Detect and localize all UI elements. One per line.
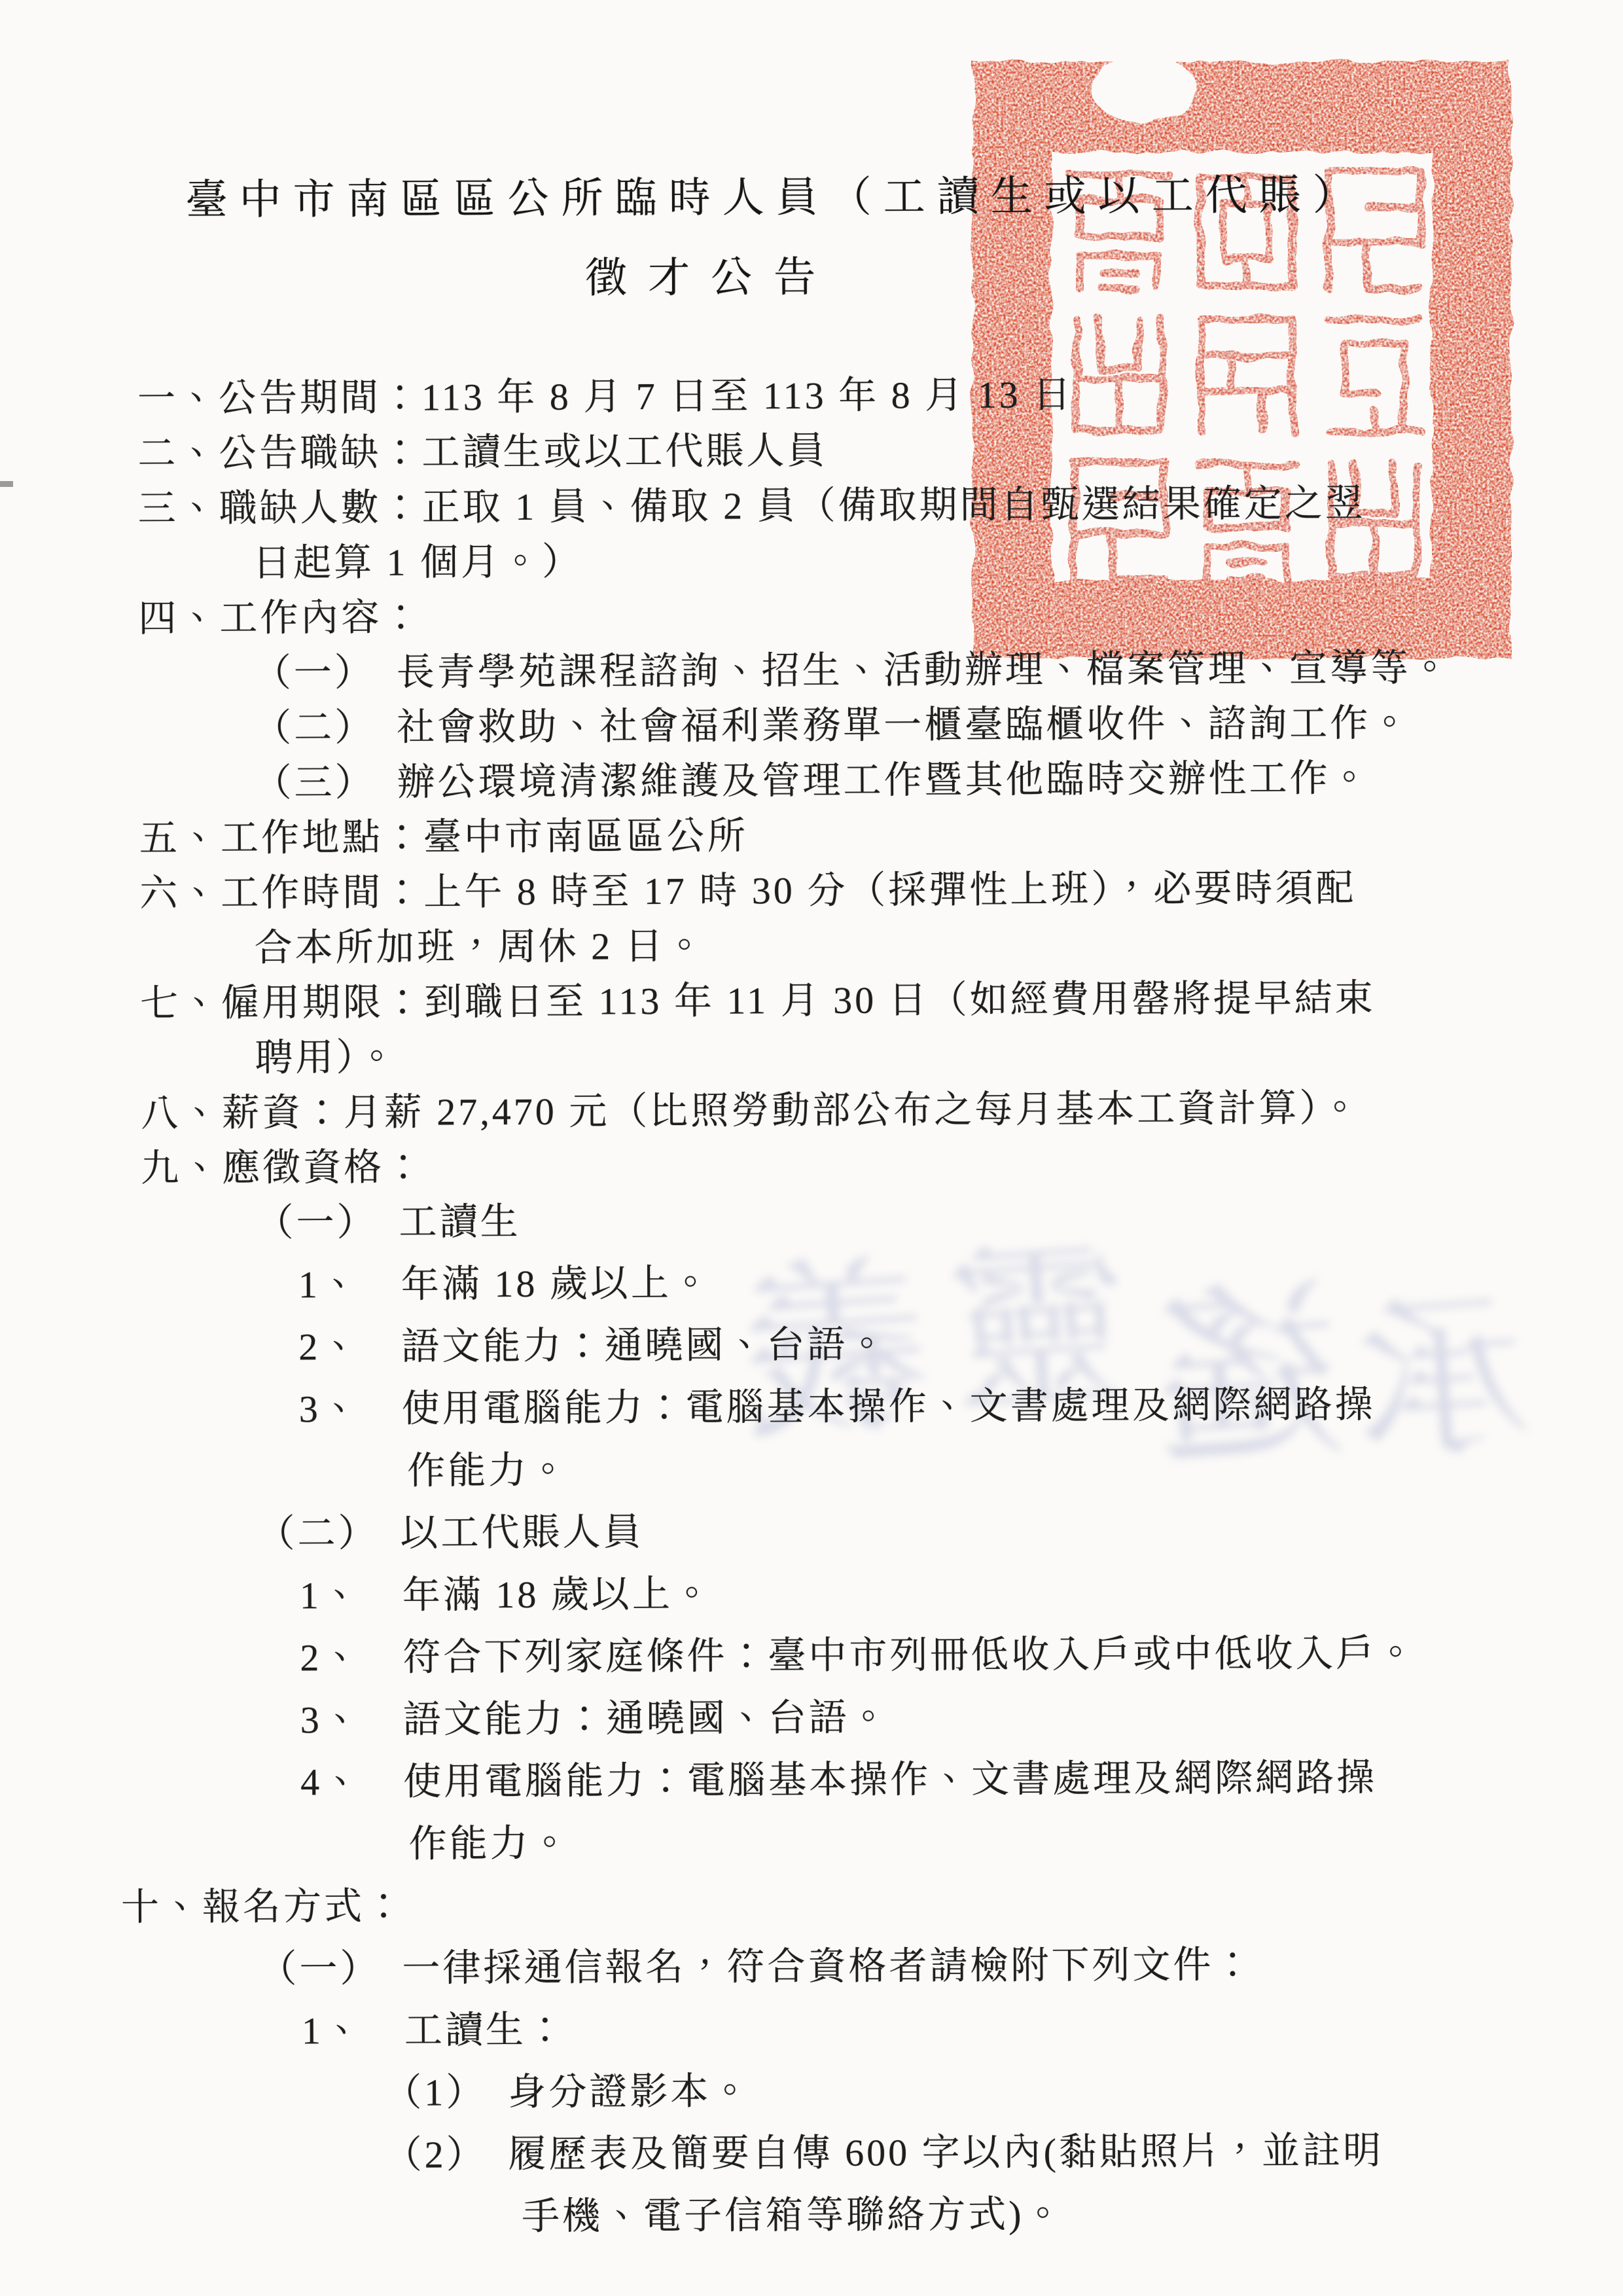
doc-line: （2） 履歷表及簡要自傳 600 字以內(黏貼照片，並註明 xyxy=(383,2119,1383,2179)
doc-line: （一） 一律採通信報名，符合資格者請檢附下列文件： xyxy=(259,1933,1254,1993)
doc-line: 3、 語文能力：通曉國、台語。 xyxy=(300,1686,890,1744)
doc-line: 合本所加班，周休 2 日。 xyxy=(254,915,705,972)
doc-line: 六、工作時間：上午 8 時至 17 時 30 分（採彈性上班），必要時須配 xyxy=(139,857,1356,917)
page-title-line1: 臺中市南區區公所臨時人員（工讀生或以工代賬） xyxy=(185,161,1366,226)
doc-line: 作能力。 xyxy=(407,1439,569,1495)
doc-line: 作能力。 xyxy=(408,1812,571,1868)
doc-line: （二） 社會救助、社會福利業務單一櫃臺臨櫃收件、諮詢工作。 xyxy=(253,692,1411,752)
doc-line: 八、薪資：月薪 27,470 元（比照勞動部公布之每月基本工資計算）。 xyxy=(141,1077,1362,1137)
doc-line: 4、 使用電腦能力：電腦基本操作、文書處理及網際網路操 xyxy=(300,1746,1377,1806)
doc-line: （二） 以工代賬人員 xyxy=(257,1501,643,1558)
doc-line: 十、報名方式： xyxy=(121,1875,405,1931)
doc-line: 1、 工讀生： xyxy=(302,1999,567,2055)
doc-line: 聘用）。 xyxy=(255,1026,398,1082)
doc-line: 二、公告職缺：工讀生或以工代賬人員 xyxy=(137,420,827,478)
doc-line: 2、 符合下列家庭條件：臺中市列冊低收入戶或中低收入戶。 xyxy=(300,1622,1417,1681)
doc-line: 九、應徵資格： xyxy=(141,1136,425,1193)
doc-line: （一） 工讀生 xyxy=(255,1191,520,1247)
doc-line: 五、工作地點：臺中市南區區公所 xyxy=(139,804,748,862)
scan-edge-artifact xyxy=(0,481,13,487)
scanned-announcement-page: 羲 靈 遙 承 xyxy=(0,0,1623,2296)
doc-line: 手機、電子信箱等聯絡方式)。 xyxy=(522,2183,1065,2240)
doc-line: 三、職缺人數：正取 1 員、備取 2 員（備取期間自甄選結果確定之翌 xyxy=(138,472,1366,532)
doc-line: 一、公告期間：113 年 8 月 7 日至 113 年 8 月 13 日 xyxy=(137,363,1074,422)
doc-line: （1） 身分證影本。 xyxy=(383,2060,751,2116)
doc-line: 2、 語文能力：通曉國、台語。 xyxy=(298,1313,888,1371)
doc-line: 七、僱用期限：到職日至 113 年 11 月 30 日（如經費用罄將提早結束 xyxy=(140,967,1376,1027)
doc-line: 四、工作內容： xyxy=(138,586,422,643)
doc-line: 日起算 1 個月。） xyxy=(253,531,582,587)
doc-line: （三） 辦公環境清潔維護及管理工作暨其他臨時交辦性工作。 xyxy=(253,747,1370,806)
doc-line: 1、 年滿 18 歲以上。 xyxy=(298,1252,712,1309)
document-text-layer: 臺中市南區區公所臨時人員（工讀生或以工代賬） 徵才公告 一、公告期間：113 年… xyxy=(0,0,1623,2296)
page-title-line2: 徵才公告 xyxy=(585,243,836,305)
doc-line: （一） 長青學苑課程諮詢、招生、活動辦理、檔案管理、宣導等。 xyxy=(253,637,1452,697)
doc-line: 3、 使用電腦能力：電腦基本操作、文書處理及網際網路操 xyxy=(299,1373,1376,1433)
doc-line: 1、 年滿 18 歲以上。 xyxy=(300,1563,713,1620)
